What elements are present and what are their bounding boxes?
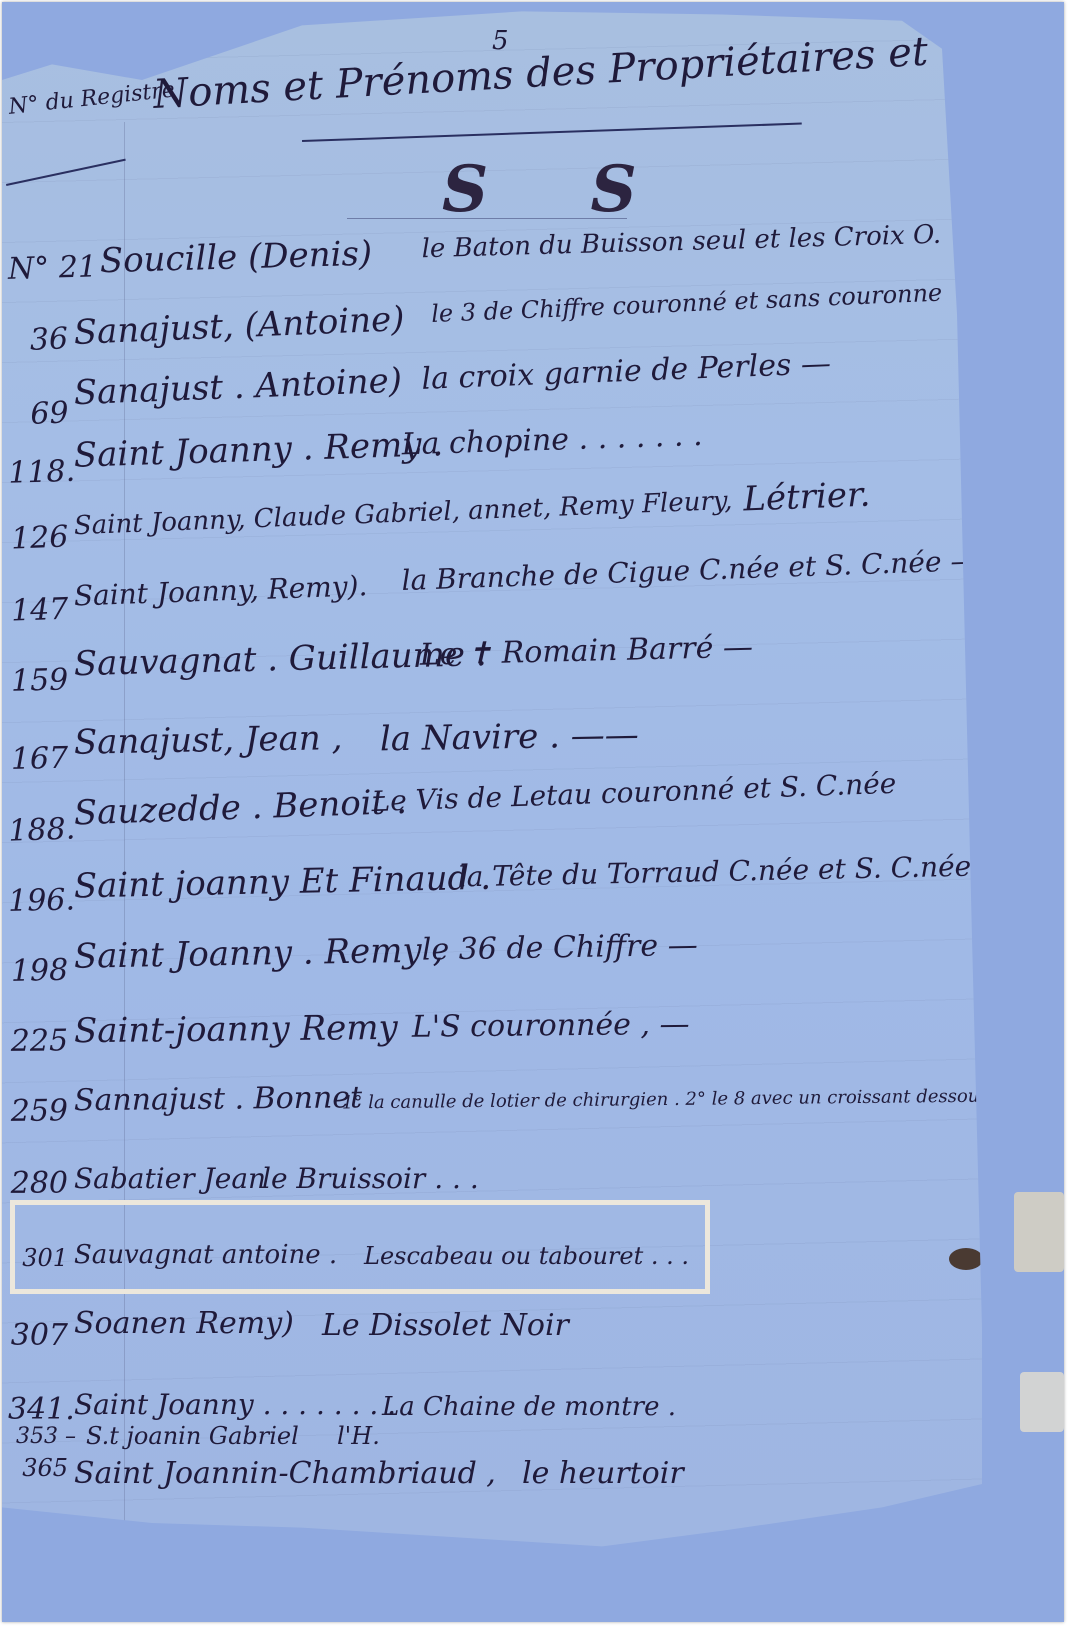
entry-mark: la Branche de Cigue C.née et S. C.née — xyxy=(401,544,979,597)
entry-owner: Saint Joannin-Chambriaud , xyxy=(74,1456,496,1491)
register-entry: 225 Saint-joanny Remy L'S couronnée , — xyxy=(2,998,1002,1064)
entry-number: 167 xyxy=(8,741,69,777)
entry-owner: Soucille (Denis) xyxy=(99,234,372,282)
entry-mark: Létrier. xyxy=(743,475,871,520)
entry-owner: Sauzedde . Benoit . xyxy=(73,782,407,834)
entry-mark: la croix garnie de Perles — xyxy=(421,346,832,397)
entry-owner: S.t joanin Gabriel xyxy=(86,1422,299,1450)
paper-clip-tab xyxy=(1020,1372,1064,1432)
entry-owner: Saint-joanny Remy xyxy=(74,1008,398,1051)
entry-number: N° 21 xyxy=(8,250,69,287)
entry-number: 353 – xyxy=(2,1424,76,1449)
manuscript-page: 5 N° du Registre Noms et Prénoms des Pro… xyxy=(2,2,1002,1562)
register-entry: 198 Saint Joanny . Remy , le 36 de Chiff… xyxy=(2,917,1002,990)
column-header-underline xyxy=(6,159,126,186)
entry-owner: Saint joanny Et Finaud . xyxy=(73,858,491,907)
title-underline xyxy=(302,123,802,142)
entry-mark: l'H. xyxy=(337,1422,380,1450)
entry-mark: la Navire . —— xyxy=(380,715,640,760)
highlight-box xyxy=(10,1200,710,1294)
letter-heading: S S xyxy=(442,152,677,227)
entry-owner: Sannajust . Bonnet xyxy=(74,1080,363,1118)
register-entry: 365 Saint Joannin-Chambriaud , le heurto… xyxy=(2,1452,1002,1508)
entry-mark: le Baton du Buisson seul et les Croix O. xyxy=(421,220,941,264)
paper-clip-tab xyxy=(1014,1192,1064,1272)
register-number-column-header: N° du Registre xyxy=(6,71,121,134)
page-title: Noms et Prénoms des Propriétaires et mar… xyxy=(152,19,1064,118)
entry-number: 225 xyxy=(8,1023,68,1059)
entry-mark: 1° la canulle de lotier de chirurgien . … xyxy=(342,1086,989,1114)
entry-number: 307 xyxy=(8,1318,68,1353)
entry-number: 147 xyxy=(8,592,69,629)
entry-number: 118. xyxy=(8,454,69,491)
photo-frame: 5 N° du Registre Noms et Prénoms des Pro… xyxy=(2,2,1064,1622)
entry-owner: Sanajust, Jean , xyxy=(74,718,343,763)
entry-number: 196. xyxy=(8,883,69,919)
entry-number: 259 xyxy=(8,1093,68,1129)
entry-owner: Soanen Remy) xyxy=(74,1306,294,1341)
register-entry: 196. Saint joanny Et Finaud . la Tête du… xyxy=(2,843,1002,920)
entry-mark: le Bruissoir . . . xyxy=(262,1162,479,1195)
entry-mark: Le Dissolet Noir xyxy=(322,1308,569,1343)
register-entry: 159 Sauvagnat . Guillaume . Le ✝ Romain … xyxy=(2,618,1002,698)
entry-owner: Saint Joanny, Claude Gabriel, annet, Rem… xyxy=(73,486,733,541)
entry-mark: le heurtoir xyxy=(522,1456,684,1491)
entry-mark: La chopine . . . . . . . xyxy=(401,418,703,462)
entry-owner: Sanajust . Antoine) xyxy=(73,361,403,414)
entry-number: 126 xyxy=(8,519,69,556)
entry-owner: Saint Joanny . Remy , xyxy=(74,930,444,976)
entry-owner: Saint Joanny . Remy . xyxy=(73,424,443,476)
heading-underline xyxy=(347,218,627,219)
entry-owner: Saint Joanny, Remy). xyxy=(73,569,368,612)
entry-number: 198 xyxy=(8,953,69,989)
entry-number: 365 xyxy=(8,1454,68,1482)
entry-number: 159 xyxy=(8,662,69,698)
entry-number: 69 xyxy=(8,395,69,432)
entry-number: 280 xyxy=(8,1166,68,1201)
register-entry: 259 Sannajust . Bonnet 1° la canulle de … xyxy=(2,1070,1002,1136)
entry-mark: le 3 de Chiffre couronné et sans couronn… xyxy=(431,279,943,328)
entry-mark: Le Vis de Letau couronné et S. C.née xyxy=(371,767,897,818)
entry-owner: Saint Joanny . . . . . . . . . xyxy=(74,1388,414,1421)
entry-mark: Le ✝ Romain Barré — xyxy=(419,630,753,673)
ink-stain xyxy=(949,1248,983,1270)
entry-number: 36 xyxy=(7,321,68,358)
entry-owner: Sabatier Jean xyxy=(74,1162,266,1195)
entry-mark: L'S couronnée , — xyxy=(412,1007,690,1045)
register-entry: 307 Soanen Remy) Le Dissolet Noir xyxy=(2,1302,1002,1358)
entry-mark: la Tête du Torraud C.née et S. C.née xyxy=(457,850,971,894)
entry-owner: Sanajust, (Antoine) xyxy=(73,299,405,353)
entry-number: 188. xyxy=(8,812,69,849)
entry-mark: La Chaine de montre . xyxy=(382,1392,676,1422)
entry-mark: le 36 de Chiffre — xyxy=(422,928,698,968)
